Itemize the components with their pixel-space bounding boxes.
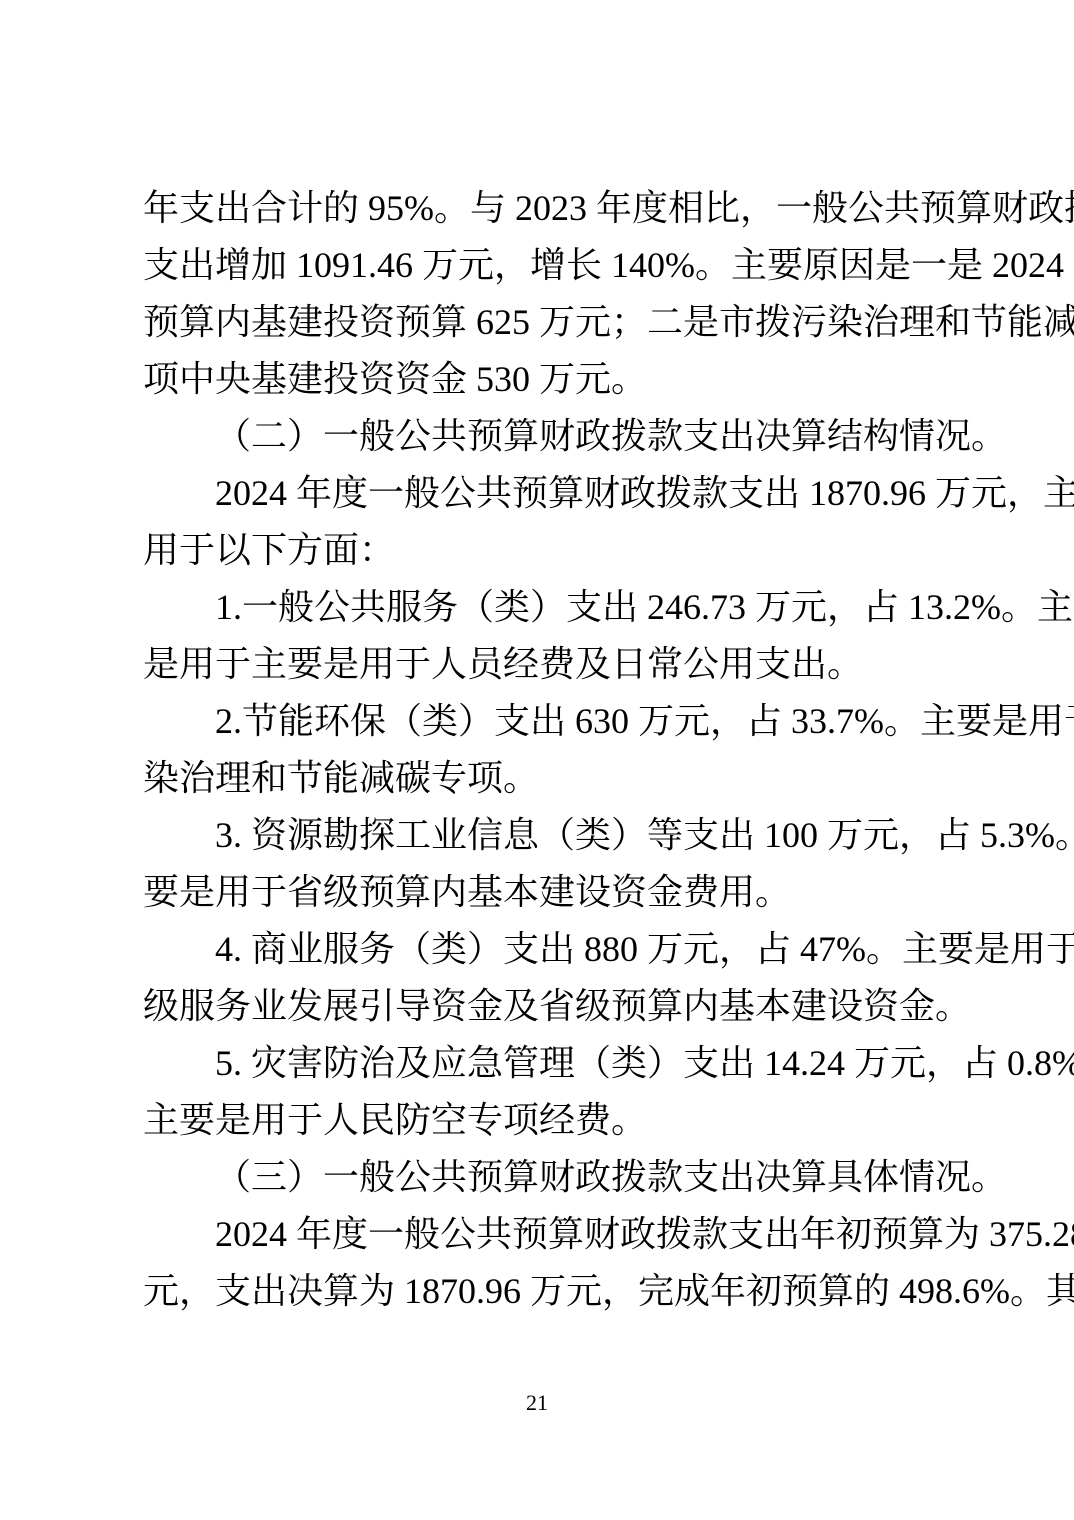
paragraph: 5. 灾害防治及应急管理（类）支出 14.24 万元，占 0.8%。主要是用于人…	[143, 1035, 938, 1149]
document-page: 年支出合计的 95%。与 2023 年度相比，一般公共预算财政拨款支出增加 10…	[0, 0, 1074, 1520]
text-line: （二）一般公共预算财政拨款支出决算结构情况。	[143, 408, 938, 465]
paragraph: 1.一般公共服务（类）支出 246.73 万元，占 13.2%。主要是用于主要是…	[143, 579, 938, 693]
text-line: 要是用于省级预算内基本建设资金费用。	[143, 864, 938, 921]
text-line: 用于以下方面：	[143, 522, 938, 579]
text-line: 项中央基建投资资金 530 万元。	[143, 351, 938, 408]
text-line: 级服务业发展引导资金及省级预算内基本建设资金。	[143, 978, 938, 1035]
paragraph: 3. 资源勘探工业信息（类）等支出 100 万元，占 5.3%。主要是用于省级预…	[143, 807, 938, 921]
paragraph: 2024 年度一般公共预算财政拨款支出年初预算为 375.28 万元，支出决算为…	[143, 1206, 938, 1320]
text-line: 2.节能环保（类）支出 630 万元，占 33.7%。主要是用于污	[143, 693, 938, 750]
text-line: 支出增加 1091.46 万元，增长 140%。主要原因是一是 2024 年省	[143, 237, 938, 294]
text-line: 年支出合计的 95%。与 2023 年度相比，一般公共预算财政拨款	[143, 180, 938, 237]
text-line: 1.一般公共服务（类）支出 246.73 万元，占 13.2%。主要	[143, 579, 938, 636]
text-line: 元，支出决算为 1870.96 万元，完成年初预算的 498.6%。其中：	[143, 1263, 938, 1320]
paragraph: 2024 年度一般公共预算财政拨款支出 1870.96 万元，主要用于以下方面：	[143, 465, 938, 579]
text-line: 预算内基建投资预算 625 万元；二是市拨污染治理和节能减碳专	[143, 294, 938, 351]
text-line: 是用于主要是用于人员经费及日常公用支出。	[143, 636, 938, 693]
text-line: 4. 商业服务（类）支出 880 万元，占 47%。主要是用于省	[143, 921, 938, 978]
text-line: （三）一般公共预算财政拨款支出决算具体情况。	[143, 1149, 938, 1206]
text-line: 主要是用于人民防空专项经费。	[143, 1092, 938, 1149]
text-line: 2024 年度一般公共预算财政拨款支出 1870.96 万元，主要	[143, 465, 938, 522]
text-line: 5. 灾害防治及应急管理（类）支出 14.24 万元，占 0.8%。	[143, 1035, 938, 1092]
document-body: 年支出合计的 95%。与 2023 年度相比，一般公共预算财政拨款支出增加 10…	[143, 180, 938, 1320]
paragraph: 年支出合计的 95%。与 2023 年度相比，一般公共预算财政拨款支出增加 10…	[143, 180, 938, 408]
text-line: 染治理和节能减碳专项。	[143, 750, 938, 807]
page-number: 21	[0, 1390, 1074, 1416]
text-line: 2024 年度一般公共预算财政拨款支出年初预算为 375.28 万	[143, 1206, 938, 1263]
paragraph: （二）一般公共预算财政拨款支出决算结构情况。	[143, 408, 938, 465]
paragraph: （三）一般公共预算财政拨款支出决算具体情况。	[143, 1149, 938, 1206]
text-line: 3. 资源勘探工业信息（类）等支出 100 万元，占 5.3%。主	[143, 807, 938, 864]
paragraph: 2.节能环保（类）支出 630 万元，占 33.7%。主要是用于污染治理和节能减…	[143, 693, 938, 807]
paragraph: 4. 商业服务（类）支出 880 万元，占 47%。主要是用于省级服务业发展引导…	[143, 921, 938, 1035]
